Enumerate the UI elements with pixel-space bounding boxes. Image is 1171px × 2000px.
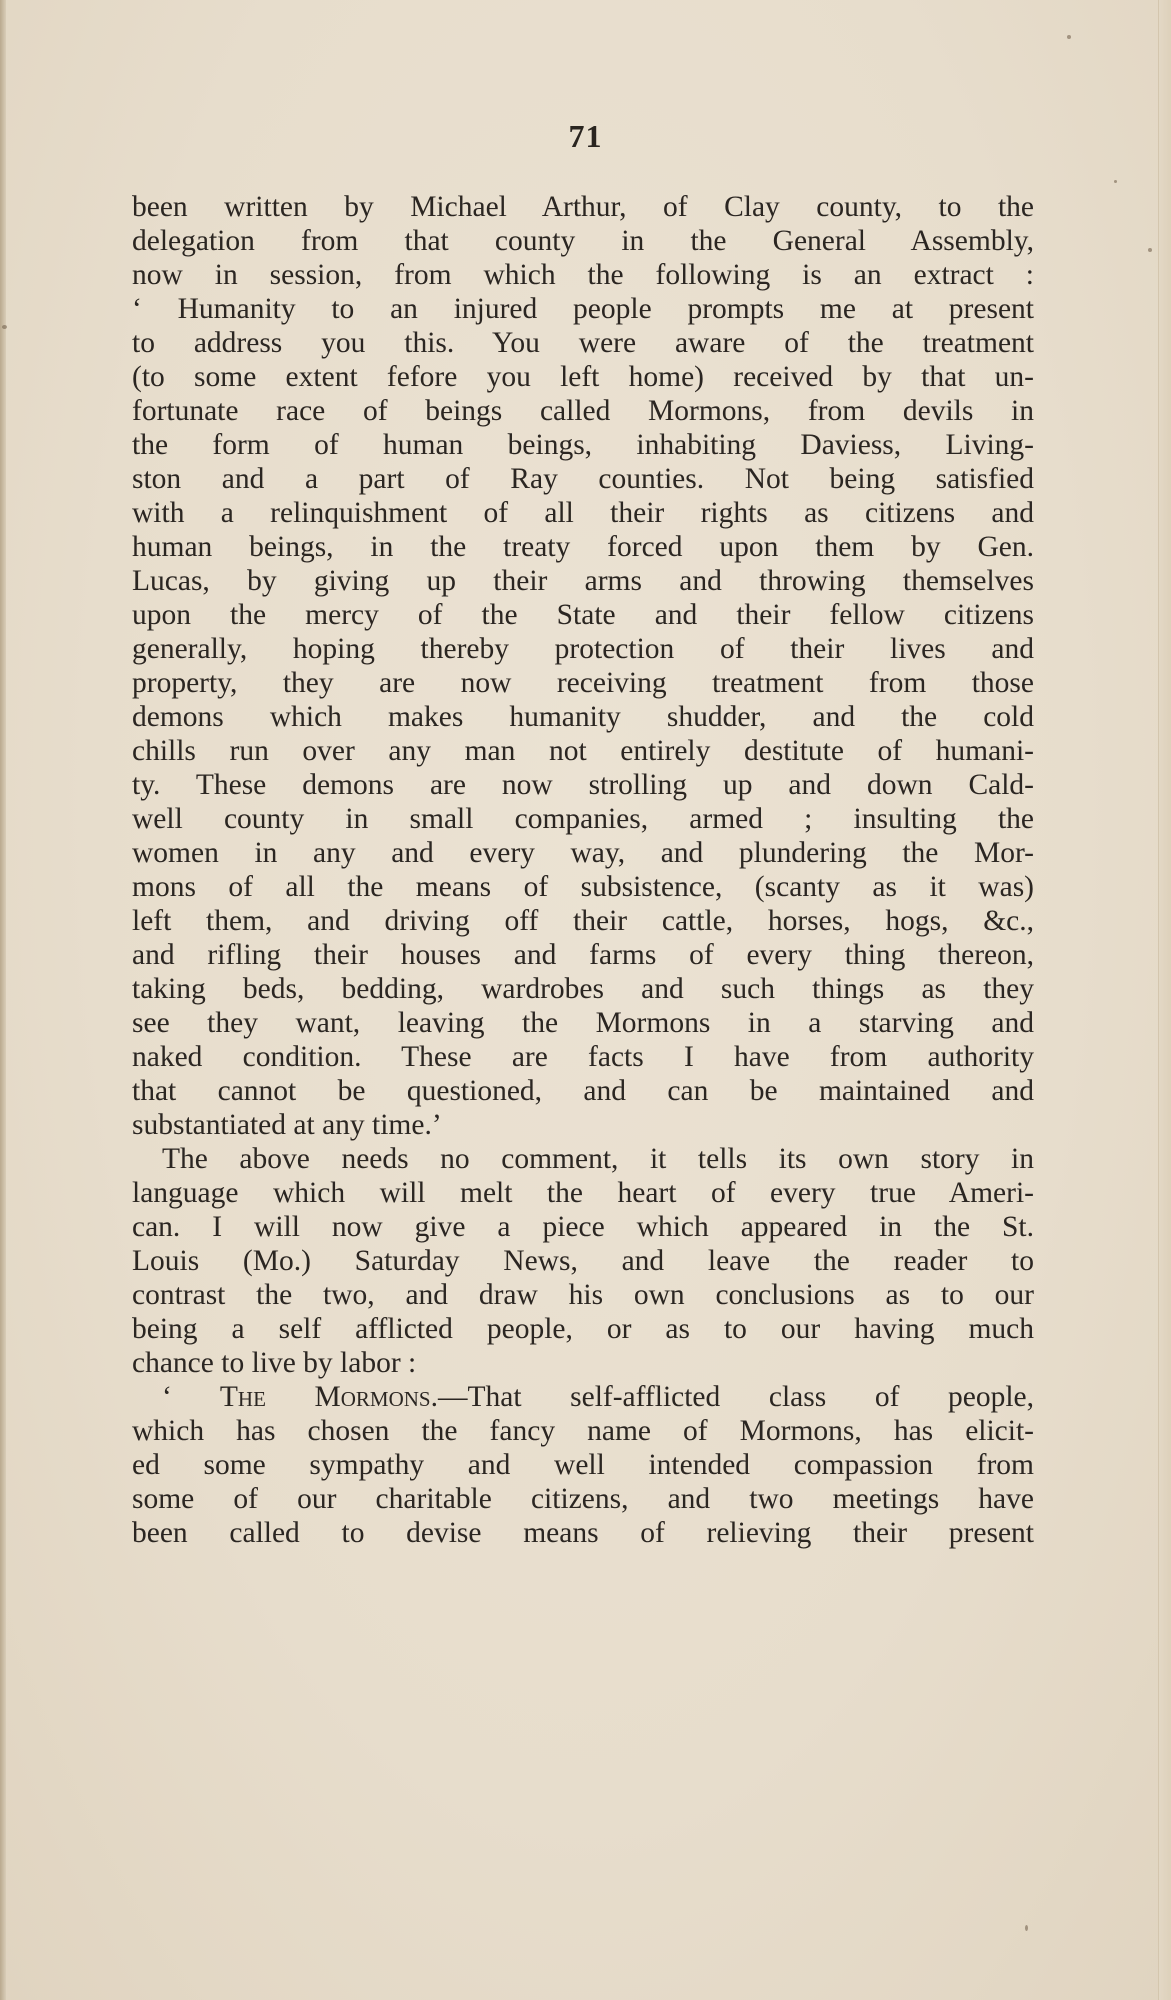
quote-heading-rest: —That self-afflicted class of people, [438,1381,1034,1413]
text-line: left them, and driving off their cattle,… [132,904,1034,938]
text-line: property, they are now receiving treatme… [132,666,1034,700]
text-line: The above needs no comment, it tells its… [132,1142,1034,1176]
text-line: been written by Michael Arthur, of Clay … [132,190,1034,224]
page-left-edge [0,0,6,2000]
text-line: which has chosen the fancy name of Mormo… [132,1414,1034,1448]
text-line: human beings, in the treaty forced upon … [132,530,1034,564]
text-line: fortunate race of beings called Mormons,… [132,394,1034,428]
text-line: chills run over any man not entirely des… [132,734,1034,768]
quote-heading: ‘ The Mormons. [162,1381,438,1413]
text-line: ty. These demons are now strolling up an… [132,768,1034,802]
text-line: ed some sympathy and well intended compa… [132,1448,1034,1482]
text-line: that cannot be questioned, and can be ma… [132,1074,1034,1108]
book-page: 71 been written by Michael Arthur, of Cl… [0,0,1171,2000]
text-line: contrast the two, and draw his own concl… [132,1278,1034,1312]
text-line: can. I will now give a piece which appea… [132,1210,1034,1244]
text-line: Lucas, by giving up their arms and throw… [132,564,1034,598]
paper-speck [1067,35,1071,39]
paper-speck [2,325,7,329]
paper-speck [1114,180,1117,183]
text-line: upon the mercy of the State and their fe… [132,598,1034,632]
text-line: see they want, leaving the Mormons in a … [132,1006,1034,1040]
page-right-edge [1158,0,1171,2000]
text-line: and rifling their houses and farms of ev… [132,938,1034,972]
text-line: demons which makes humanity shudder, and… [132,700,1034,734]
page-number: 71 [0,118,1171,155]
paper-speck [1025,1925,1028,1931]
text-line: (to some extent fefore you left home) re… [132,360,1034,394]
text-line: naked condition. These are facts I have … [132,1040,1034,1074]
body-text: been written by Michael Arthur, of Clay … [132,190,1034,1550]
text-line: taking beds, bedding, wardrobes and such… [132,972,1034,1006]
paper-speck [1148,248,1152,252]
text-line: now in session, from which the following… [132,258,1034,292]
text-line: generally, hoping thereby protection of … [132,632,1034,666]
text-line: ston and a part of Ray counties. Not bei… [132,462,1034,496]
text-line: delegation from that county in the Gener… [132,224,1034,258]
text-line: the form of human beings, inhabiting Dav… [132,428,1034,462]
text-line: well county in small companies, armed ; … [132,802,1034,836]
text-line: to address you this. You were aware of t… [132,326,1034,360]
text-line-quote-start: ‘ The Mormons.—That self-afflicted class… [132,1380,1034,1414]
text-line: chance to live by labor : [132,1346,1034,1380]
text-line: been called to devise means of relieving… [132,1516,1034,1550]
text-line: with a relinquishment of all their right… [132,496,1034,530]
text-line: Louis (Mo.) Saturday News, and leave the… [132,1244,1034,1278]
text-line: women in any and every way, and plunderi… [132,836,1034,870]
text-line: some of our charitable citizens, and two… [132,1482,1034,1516]
text-line: being a self afflicted people, or as to … [132,1312,1034,1346]
text-line: ‘ Humanity to an injured people prompts … [132,292,1034,326]
text-line: mons of all the means of subsistence, (s… [132,870,1034,904]
text-line: language which will melt the heart of ev… [132,1176,1034,1210]
text-line: substantiated at any time.’ [132,1108,1034,1142]
